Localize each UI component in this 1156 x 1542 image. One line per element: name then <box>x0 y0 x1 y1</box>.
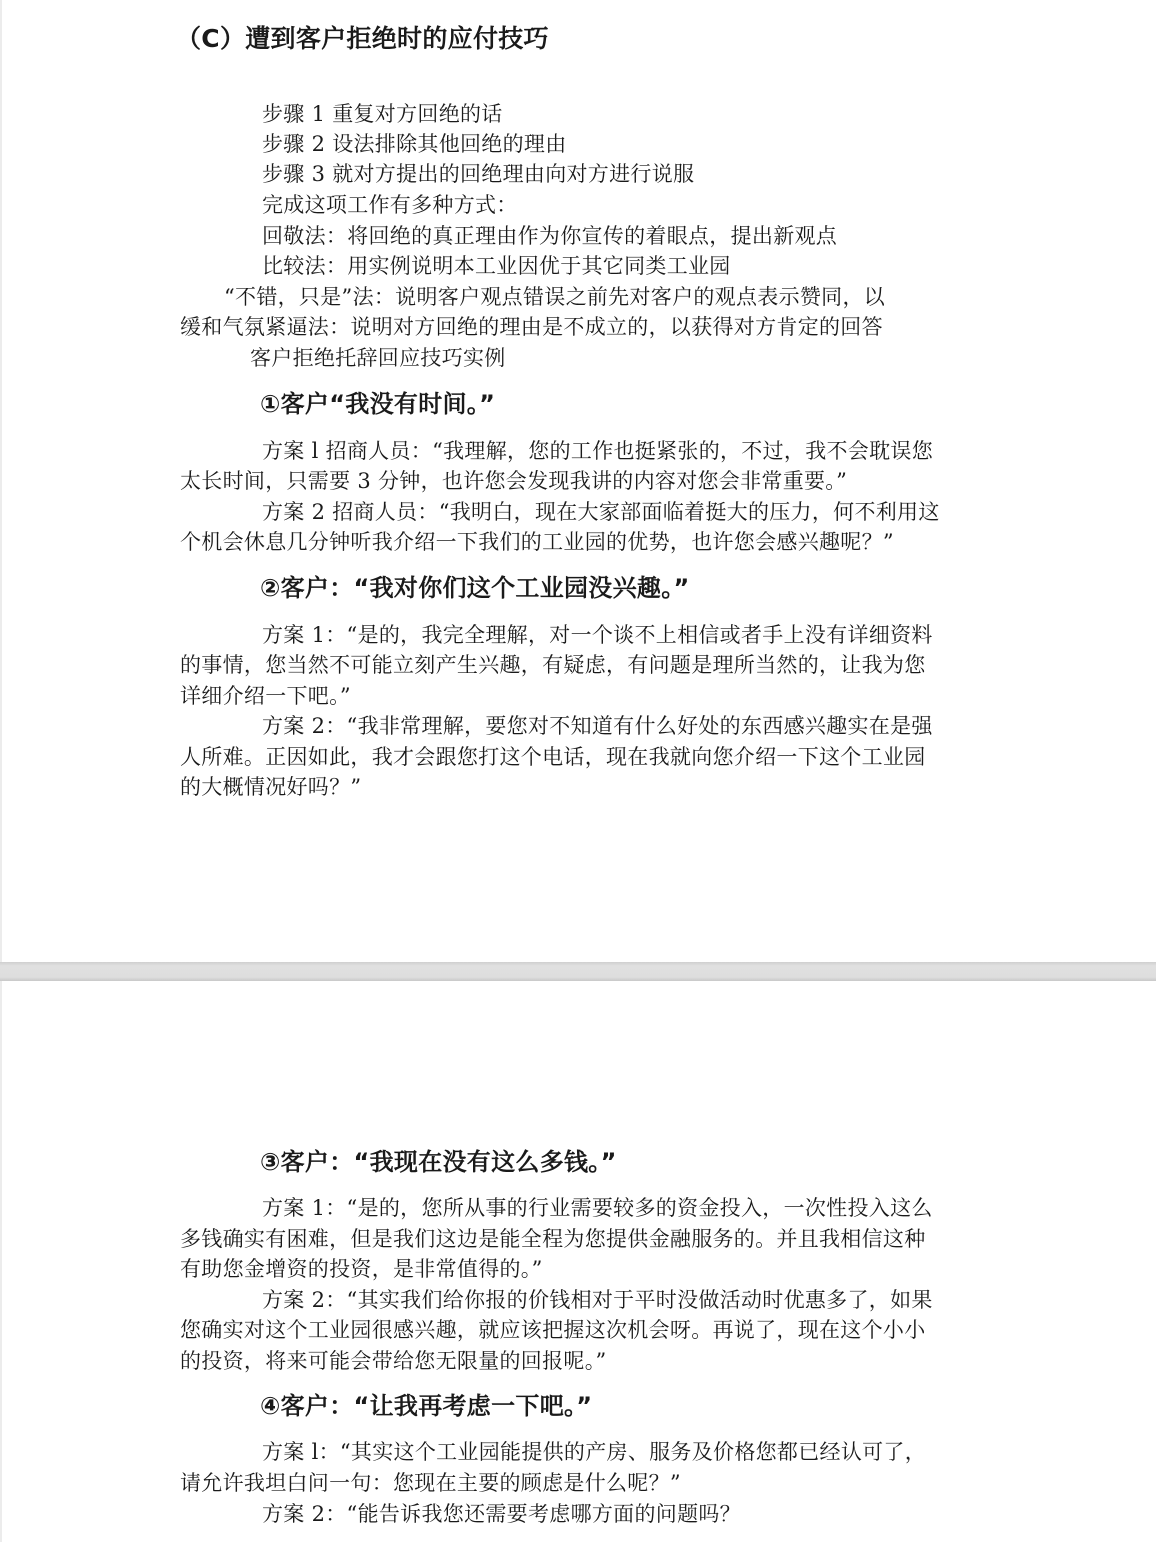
case-3-line: 方案 1：“是的，您所从事的行业需要较多的资金投入，一次性投入这么 <box>262 1193 933 1223</box>
case-3-heading: ③客户：“我现在没有这么多钱。” <box>260 1147 617 1177</box>
case-2-line: 的事情，您当然不可能立刻产生兴趣，有疑虑，有问题是理所当然的，让我为您 <box>180 650 926 680</box>
method-1: 回敬法：将回绝的真正理由作为你宣传的着眼点，提出新观点 <box>262 221 837 251</box>
section-title: （C）遭到客户拒绝时的应付技巧 <box>176 24 549 54</box>
case-4-line: 请允许我坦白问一句：您现在主要的顾虑是什么呢？” <box>180 1468 681 1498</box>
case-2-line: 人所难。正因如此，我才会跟您打这个电话，现在我就向您介绍一下这个工业园 <box>180 742 926 772</box>
case-1-heading: ①客户“我没有时间。” <box>260 389 495 419</box>
case-2-line: 详细介绍一下吧。” <box>180 681 351 711</box>
step-3: 步骤 3 就对方提出的回绝理由向对方进行说服 <box>262 159 694 189</box>
document-page-2: ③客户：“我现在没有这么多钱。” 方案 1：“是的，您所从事的行业需要较多的资金… <box>0 981 1156 1542</box>
case-3-line: 多钱确实有困难，但是我们这边是能全程为您提供金融服务的。并且我相信这种 <box>180 1224 926 1254</box>
case-4-line: 方案 2：“能告诉我您还需要考虑哪方面的问题吗？ <box>262 1499 741 1529</box>
case-2-line: 方案 1：“是的，我完全理解，对一个谈不上相信或者手上没有详细资料 <box>262 620 933 650</box>
method-2: 比较法：用实例说明本工业因优于其它同类工业园 <box>262 251 731 281</box>
document-page-1: （C）遭到客户拒绝时的应付技巧 步骤 1 重复对方回绝的话 步骤 2 设法排除其… <box>0 0 1156 962</box>
page-separator <box>0 962 1156 981</box>
methods-intro: 完成这项工作有多种方式： <box>262 190 518 220</box>
case-3-line: 有助您金增资的投资，是非常值得的。” <box>180 1254 543 1284</box>
method-3-line-2: 缓和气氛紧逼法：说明对方回绝的理由是不成立的，以获得对方肯定的回答 <box>180 312 883 342</box>
case-1-line: 太长时间，只需要 3 分钟，也许您会发现我讲的内容对您会非常重要。” <box>180 466 847 496</box>
case-3-line: 方案 2：“其实我们给你报的价钱相对于平时没做活动时优惠多了，如果 <box>262 1285 933 1315</box>
case-2-line: 的大概情况好吗？” <box>180 772 361 802</box>
case-3-line: 您确实对这个工业园很感兴趣，就应该把握这次机会呀。再说了，现在这个小小 <box>180 1315 926 1345</box>
case-2-heading: ②客户：“我对你们这个工业园没兴趣。” <box>260 573 690 603</box>
case-4-line: 方案 l：“其实这个工业园能提供的产房、服务及价格您都已经认可了， <box>262 1437 926 1467</box>
case-4-heading: ④客户：“让我再考虑一下吧。” <box>260 1391 592 1421</box>
case-1-line: 方案 l 招商人员：“我理解，您的工作也挺紧张的，不过，我不会耽误您 <box>262 436 933 466</box>
method-3-line-1: “不错，只是”法：说明客户观点错误之前先对客户的观点表示赞同，以 <box>224 282 885 312</box>
case-1-line: 方案 2 招商人员：“我明白，现在大家部面临着挺大的压力，何不利用这 <box>262 497 940 527</box>
case-2-line: 方案 2：“我非常理解，要您对不知道有什么好处的东西感兴趣实在是强 <box>262 711 933 741</box>
examples-intro: 客户拒绝托辞回应技巧实例 <box>250 343 506 373</box>
case-1-line: 个机会休息几分钟听我介绍一下我们的工业园的优势，也许您会感兴趣呢？” <box>180 527 894 557</box>
case-3-line: 的投资，将来可能会带给您无限量的回报呢。” <box>180 1346 607 1376</box>
step-1: 步骤 1 重复对方回绝的话 <box>262 99 503 129</box>
step-2: 步骤 2 设法排除其他回绝的理由 <box>262 129 567 159</box>
